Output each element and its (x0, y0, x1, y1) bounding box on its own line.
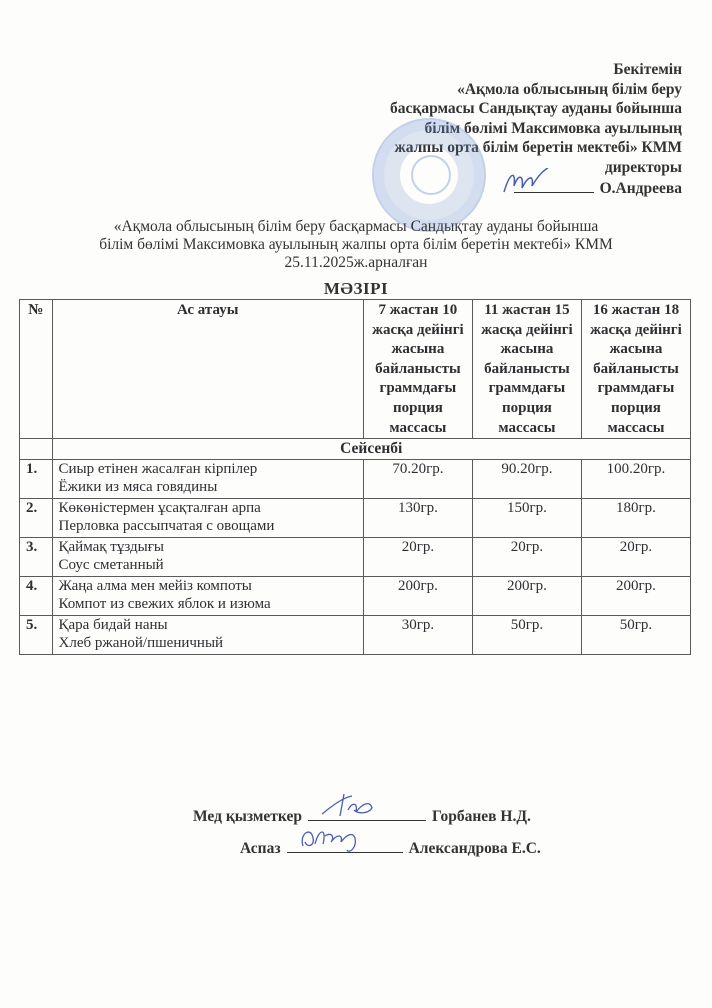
dish-name-cell: Сиыр етінен жасалған кірпілерЁжики из мя… (52, 460, 363, 499)
weight-age-11-15: 150гр. (476, 499, 578, 517)
dish-name-cell: Жаңа алма мен мейіз компотыКомпот из све… (52, 577, 363, 616)
med-name: Горбанев Н.Д. (432, 808, 531, 825)
emblem-icon (411, 155, 451, 195)
weight-cell: 50гр. (581, 616, 690, 655)
day-row: Сейсенбі (20, 439, 691, 460)
table-row: 2.Көкөністермен ұсақталған арпаПерловка … (20, 499, 691, 538)
weight-age-7-10: 130гр. (367, 499, 469, 517)
cook-label: Аспаз (240, 840, 281, 857)
official-stamp-icon (372, 118, 486, 232)
table-row: 5.Қара бидай наныХлеб ржаной/пшеничный30… (20, 616, 691, 655)
row-number-cell: 4. (20, 577, 53, 616)
row-number-cell: 3. (20, 538, 53, 577)
header-name: Ас атауы (52, 300, 363, 439)
day-empty-cell (20, 439, 53, 460)
weight-age-16-18: 50гр. (585, 616, 687, 634)
weight-age-16-18: 200гр. (585, 577, 687, 595)
weight-cell: 200гр. (363, 577, 472, 616)
weight-age-11-15: 200гр. (476, 577, 578, 595)
weight-age-7-10: 200гр. (367, 577, 469, 595)
weight-cell: 200гр. (581, 577, 690, 616)
weight-cell: 30гр. (363, 616, 472, 655)
dish-name-ru: Компот из свежих яблок и изюма (59, 595, 360, 613)
weight-cell: 130гр. (363, 499, 472, 538)
weight-age-7-10: 70.20гр. (367, 460, 469, 478)
row-number: 2. (26, 499, 49, 517)
dish-name-ru: Перловка рассыпчатая с овощами (59, 517, 360, 535)
day-label: Сейсенбі (52, 439, 691, 460)
cook-signature-line: АспазАлександрова Е.С. (240, 838, 541, 858)
heading-date: 25.11.2025ж.арналған (0, 254, 712, 272)
med-label: Мед қызметкер (193, 808, 302, 825)
dish-name-ru: Хлеб ржаной/пшеничный (59, 634, 360, 652)
weight-cell: 20гр. (581, 538, 690, 577)
weight-cell: 20гр. (472, 538, 581, 577)
dish-name-cell: Көкөністермен ұсақталған арпаПерловка ра… (52, 499, 363, 538)
document-heading: «Ақмола облысының білім беру басқармасы … (0, 218, 712, 272)
header-age-16-18: 16 жастан 18 жасқа дейінгі жасына байлан… (581, 300, 690, 439)
signature-line (308, 806, 426, 821)
weight-age-7-10: 30гр. (367, 616, 469, 634)
row-number: 1. (26, 460, 49, 478)
weight-age-11-15: 20гр. (476, 538, 578, 556)
dish-name-ru: Соус сметанный (59, 556, 360, 574)
weight-cell: 150гр. (472, 499, 581, 538)
table-row: 4.Жаңа алма мен мейіз компотыКомпот из с… (20, 577, 691, 616)
header-age-7-10: 7 жастан 10 жасқа дейінгі жасына байланы… (363, 300, 472, 439)
med-signature-line: Мед қызметкерГорбанев Н.Д. (193, 806, 531, 826)
dish-name-ru: Ёжики из мяса говядины (59, 478, 360, 496)
weight-age-16-18: 100.20гр. (585, 460, 687, 478)
weight-cell: 100.20гр. (581, 460, 690, 499)
weight-age-11-15: 50гр. (476, 616, 578, 634)
table-row: 1.Сиыр етінен жасалған кірпілерЁжики из … (20, 460, 691, 499)
row-number: 5. (26, 616, 49, 634)
table-header-row: № Ас атауы 7 жастан 10 жасқа дейінгі жас… (20, 300, 691, 439)
dish-name-cell: Қаймақ тұздығыСоус сметанный (52, 538, 363, 577)
row-number-cell: 2. (20, 499, 53, 538)
dish-name-kz: Қаймақ тұздығы (59, 538, 360, 556)
heading-line: «Ақмола облысының білім беру басқармасы … (0, 218, 712, 236)
weight-age-11-15: 90.20гр. (476, 460, 578, 478)
row-number: 3. (26, 538, 49, 556)
cook-signature-icon (297, 824, 377, 854)
approval-org-line: білім бөлімі Максимовка ауылының (282, 119, 682, 139)
weight-cell: 70.20гр. (363, 460, 472, 499)
weight-cell: 90.20гр. (472, 460, 581, 499)
menu-table: № Ас атауы 7 жастан 10 жасқа дейінгі жас… (19, 299, 691, 655)
dish-name-kz: Көкөністермен ұсақталған арпа (59, 499, 360, 517)
weight-age-16-18: 180гр. (585, 499, 687, 517)
med-signature-icon (318, 792, 378, 818)
heading-line: білім бөлімі Максимовка ауылының жалпы о… (0, 236, 712, 254)
table-row: 3.Қаймақ тұздығыСоус сметанный20гр.20гр.… (20, 538, 691, 577)
row-number-cell: 5. (20, 616, 53, 655)
signature-line (287, 838, 403, 853)
weight-cell: 180гр. (581, 499, 690, 538)
weight-age-7-10: 20гр. (367, 538, 469, 556)
director-signature-icon (500, 168, 550, 196)
header-age-11-15: 11 жастан 15 жасқа дейінгі жасына байлан… (472, 300, 581, 439)
weight-cell: 50гр. (472, 616, 581, 655)
weight-cell: 20гр. (363, 538, 472, 577)
header-num: № (20, 300, 53, 439)
menu-title: МӘЗІРІ (0, 279, 712, 299)
row-number-cell: 1. (20, 460, 53, 499)
weight-age-16-18: 20гр. (585, 538, 687, 556)
approval-signer: О.Андреева (600, 180, 682, 197)
dish-name-cell: Қара бидай наныХлеб ржаной/пшеничный (52, 616, 363, 655)
approval-title: Бекітемін (282, 60, 682, 80)
dish-name-kz: Сиыр етінен жасалған кірпілер (59, 460, 360, 478)
dish-name-kz: Қара бидай наны (59, 616, 360, 634)
weight-cell: 200гр. (472, 577, 581, 616)
row-number: 4. (26, 577, 49, 595)
approval-org-line: «Ақмола облысының білім беру (282, 80, 682, 100)
approval-org-line: басқармасы Сандықтау ауданы бойынша (282, 99, 682, 119)
cook-name: Александрова Е.С. (409, 840, 541, 857)
dish-name-kz: Жаңа алма мен мейіз компоты (59, 577, 360, 595)
